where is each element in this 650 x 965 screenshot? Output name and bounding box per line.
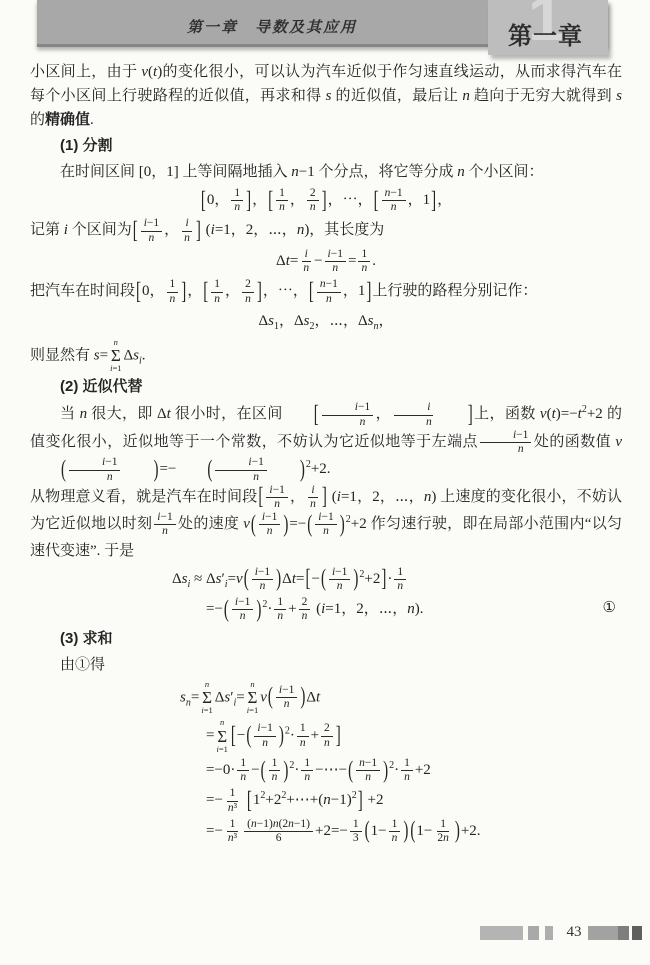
equation-number: ① (603, 596, 616, 620)
big-delimiter: ) (269, 450, 306, 490)
display-formula: =−1n³(n−1)n(2n−1)6+2=−13(1−1n)(1−12n)+2. (206, 818, 622, 845)
section-heading: (3) 求和 (30, 627, 622, 651)
big-delimiter: ] (256, 272, 263, 312)
fraction: 1n (274, 596, 286, 623)
big-delimiter: ) (402, 812, 409, 852)
summation-sigma: nΣi=1 (110, 338, 121, 374)
fraction: 1n (394, 566, 406, 593)
bold-emphasis: 精确值 (45, 111, 90, 128)
big-delimiter: [ (257, 478, 264, 518)
running-header-title: 第一章 导数及其应用 (187, 16, 357, 37)
footer-decoration-bar (618, 926, 629, 940)
fraction: n−1n (382, 187, 406, 214)
display-formula: Δt=in−i−1n=1n. (30, 248, 622, 275)
fraction: 13 (350, 818, 362, 845)
section-heading: (1) 分割 (30, 134, 622, 158)
big-delimiter: [ (373, 181, 380, 221)
paragraph: 由①得 (30, 653, 622, 677)
footer-decoration-bar (588, 926, 618, 940)
section-heading: (2) 近似代替 (30, 375, 622, 399)
big-delimiter: ) (282, 505, 289, 545)
fraction: i−1n (154, 511, 175, 538)
fraction: 1n (358, 248, 370, 275)
big-delimiter: ( (243, 560, 250, 600)
fraction: i−1n (329, 566, 350, 593)
fraction: in (393, 401, 435, 428)
display-formula: Δs1，Δs2，⋯，Δsn， (30, 309, 622, 335)
big-delimiter: ) (299, 678, 306, 718)
big-delimiter: ( (223, 590, 230, 630)
big-delimiter: ) (275, 560, 282, 600)
big-delimiter: [ (132, 211, 139, 251)
big-delimiter: ( (320, 560, 327, 600)
paragraph: 当 n 很大，即 Δt 很小时，在区间[i−1n，in]上，函数 v(t)=−t… (30, 401, 622, 483)
big-delimiter: ) (454, 812, 461, 852)
big-delimiter: ( (260, 751, 267, 791)
display-formula: ①=−(i−1n)2·1n+2n (i=1，2，⋯，n). (206, 596, 622, 623)
big-delimiter: ( (306, 505, 313, 545)
big-delimiter: ] (380, 560, 387, 600)
display-formula: [0，1n]，[1n，2n]，⋯，[n−1n，1]， (30, 187, 622, 214)
summation-sigma: nΣi=1 (201, 680, 212, 716)
big-delimiter: ( (364, 812, 371, 852)
big-delimiter: ( (250, 505, 257, 545)
big-delimiter: ) (255, 590, 262, 630)
paragraph: 把汽车在时间段[0，1n]，[1n，2n]，⋯，[n−1n，1]上行驶的路程分别… (30, 278, 622, 305)
fraction: in (181, 217, 193, 244)
big-delimiter: ( (409, 812, 416, 852)
display-formula: =−0·1n−(1n)2·1n−⋯−(n−1n)2·1n+2 (206, 757, 622, 784)
paragraph: 小区间上，由于 v(t)的变化很小，可以认为汽车近似于作匀速直线运动，从而求得汽… (30, 60, 622, 132)
big-delimiter: ) (352, 560, 359, 600)
big-delimiter: ( (30, 450, 67, 490)
footer-decoration-bar (632, 926, 642, 940)
fraction: i−1n (232, 596, 253, 623)
big-delimiter: ] (180, 272, 187, 312)
summation-sigma: nΣi=1 (247, 680, 258, 716)
big-delimiter: ) (339, 505, 346, 545)
big-delimiter: ) (282, 751, 289, 791)
fraction: 2n (299, 596, 311, 623)
big-delimiter: [ (135, 272, 142, 312)
big-delimiter: ( (176, 450, 213, 490)
fraction: i−1n (480, 429, 531, 456)
fraction: n−1n (356, 757, 380, 784)
summation-sigma: nΣi=1 (216, 718, 227, 754)
fraction: in (300, 248, 312, 275)
big-delimiter: ] (437, 395, 474, 435)
big-delimiter: ] (245, 181, 252, 221)
footer-decoration-bar (545, 926, 553, 940)
big-delimiter: ] (430, 181, 437, 221)
chapter-badge-text: 第一章 (508, 16, 583, 51)
fraction: i−1n (141, 217, 162, 244)
paragraph: 从物理意义看，就是汽车在时间段[i−1n，in] (i=1，2，⋯，n) 上速度… (30, 484, 622, 563)
fraction: i−1n (276, 684, 297, 711)
big-delimiter: ] (321, 478, 328, 518)
fraction: 1n (269, 757, 281, 784)
big-delimiter: [ (202, 272, 209, 312)
big-delimiter: [ (283, 395, 320, 435)
big-delimiter: ) (278, 716, 285, 756)
fraction: 1n (401, 757, 413, 784)
display-formula: sn=nΣi=1Δs′i=nΣi=1v(i−1n)Δt (180, 680, 622, 716)
fraction: 1n (231, 187, 243, 214)
fraction: i−1n (322, 401, 373, 428)
fraction: i−1n (325, 248, 346, 275)
footer-decoration-bar (480, 926, 523, 940)
fraction: 1n³ (225, 787, 240, 814)
big-delimiter: ] (321, 181, 328, 221)
big-delimiter: ] (335, 716, 342, 756)
paragraph: 则显然有 s=nΣi=1Δsi. (30, 338, 622, 374)
fraction: 1n (276, 187, 288, 214)
fraction: 1n (297, 722, 309, 749)
chapter-badge: 1 第一章 (488, 0, 608, 55)
big-delimiter: ) (382, 751, 389, 791)
fraction: n−1n (317, 278, 341, 305)
paragraph: 记第 i 个区间为[i−1n，in] (i=1，2，⋯，n)，其长度为 (30, 217, 622, 244)
page-footer: 43 (0, 926, 650, 944)
fraction: 1n (211, 278, 223, 305)
fraction: i−1n (69, 456, 120, 483)
big-delimiter: [ (246, 781, 253, 821)
fraction: 12n (434, 818, 452, 845)
fraction: 1n³ (225, 818, 240, 845)
big-delimiter: ] (195, 211, 202, 251)
big-delimiter: ) (122, 450, 159, 490)
page-body: 小区间上，由于 v(t)的变化很小，可以认为汽车近似于作匀速直线运动，从而求得汽… (30, 60, 622, 912)
fraction: 1n (301, 757, 313, 784)
big-delimiter: [ (230, 716, 237, 756)
fraction: 1n (167, 278, 179, 305)
fraction: 1n (237, 757, 249, 784)
fraction: 1n (389, 818, 401, 845)
big-delimiter: [ (267, 181, 274, 221)
fraction: i−1n (254, 722, 275, 749)
big-delimiter: ( (245, 716, 252, 756)
big-delimiter: ] (365, 272, 372, 312)
fraction: 2n (242, 278, 254, 305)
fraction: i−1n (252, 566, 273, 593)
display-formula: Δsi ≈ Δs′i=v(i−1n)Δt=[−(i−1n)2+2]·1n (172, 566, 622, 593)
footer-decoration-bar (528, 926, 539, 940)
big-delimiter: ( (267, 678, 274, 718)
page-number: 43 (561, 924, 587, 941)
fraction: 2n (307, 187, 319, 214)
big-delimiter: [ (308, 272, 315, 312)
fraction: 2n (321, 722, 333, 749)
fraction: (n−1)n(2n−1)6 (244, 818, 313, 845)
big-delimiter: ( (347, 751, 354, 791)
big-delimiter: [ (304, 560, 311, 600)
display-formula: =nΣi=1[−(i−1n)2·1n+2n] (206, 718, 622, 754)
